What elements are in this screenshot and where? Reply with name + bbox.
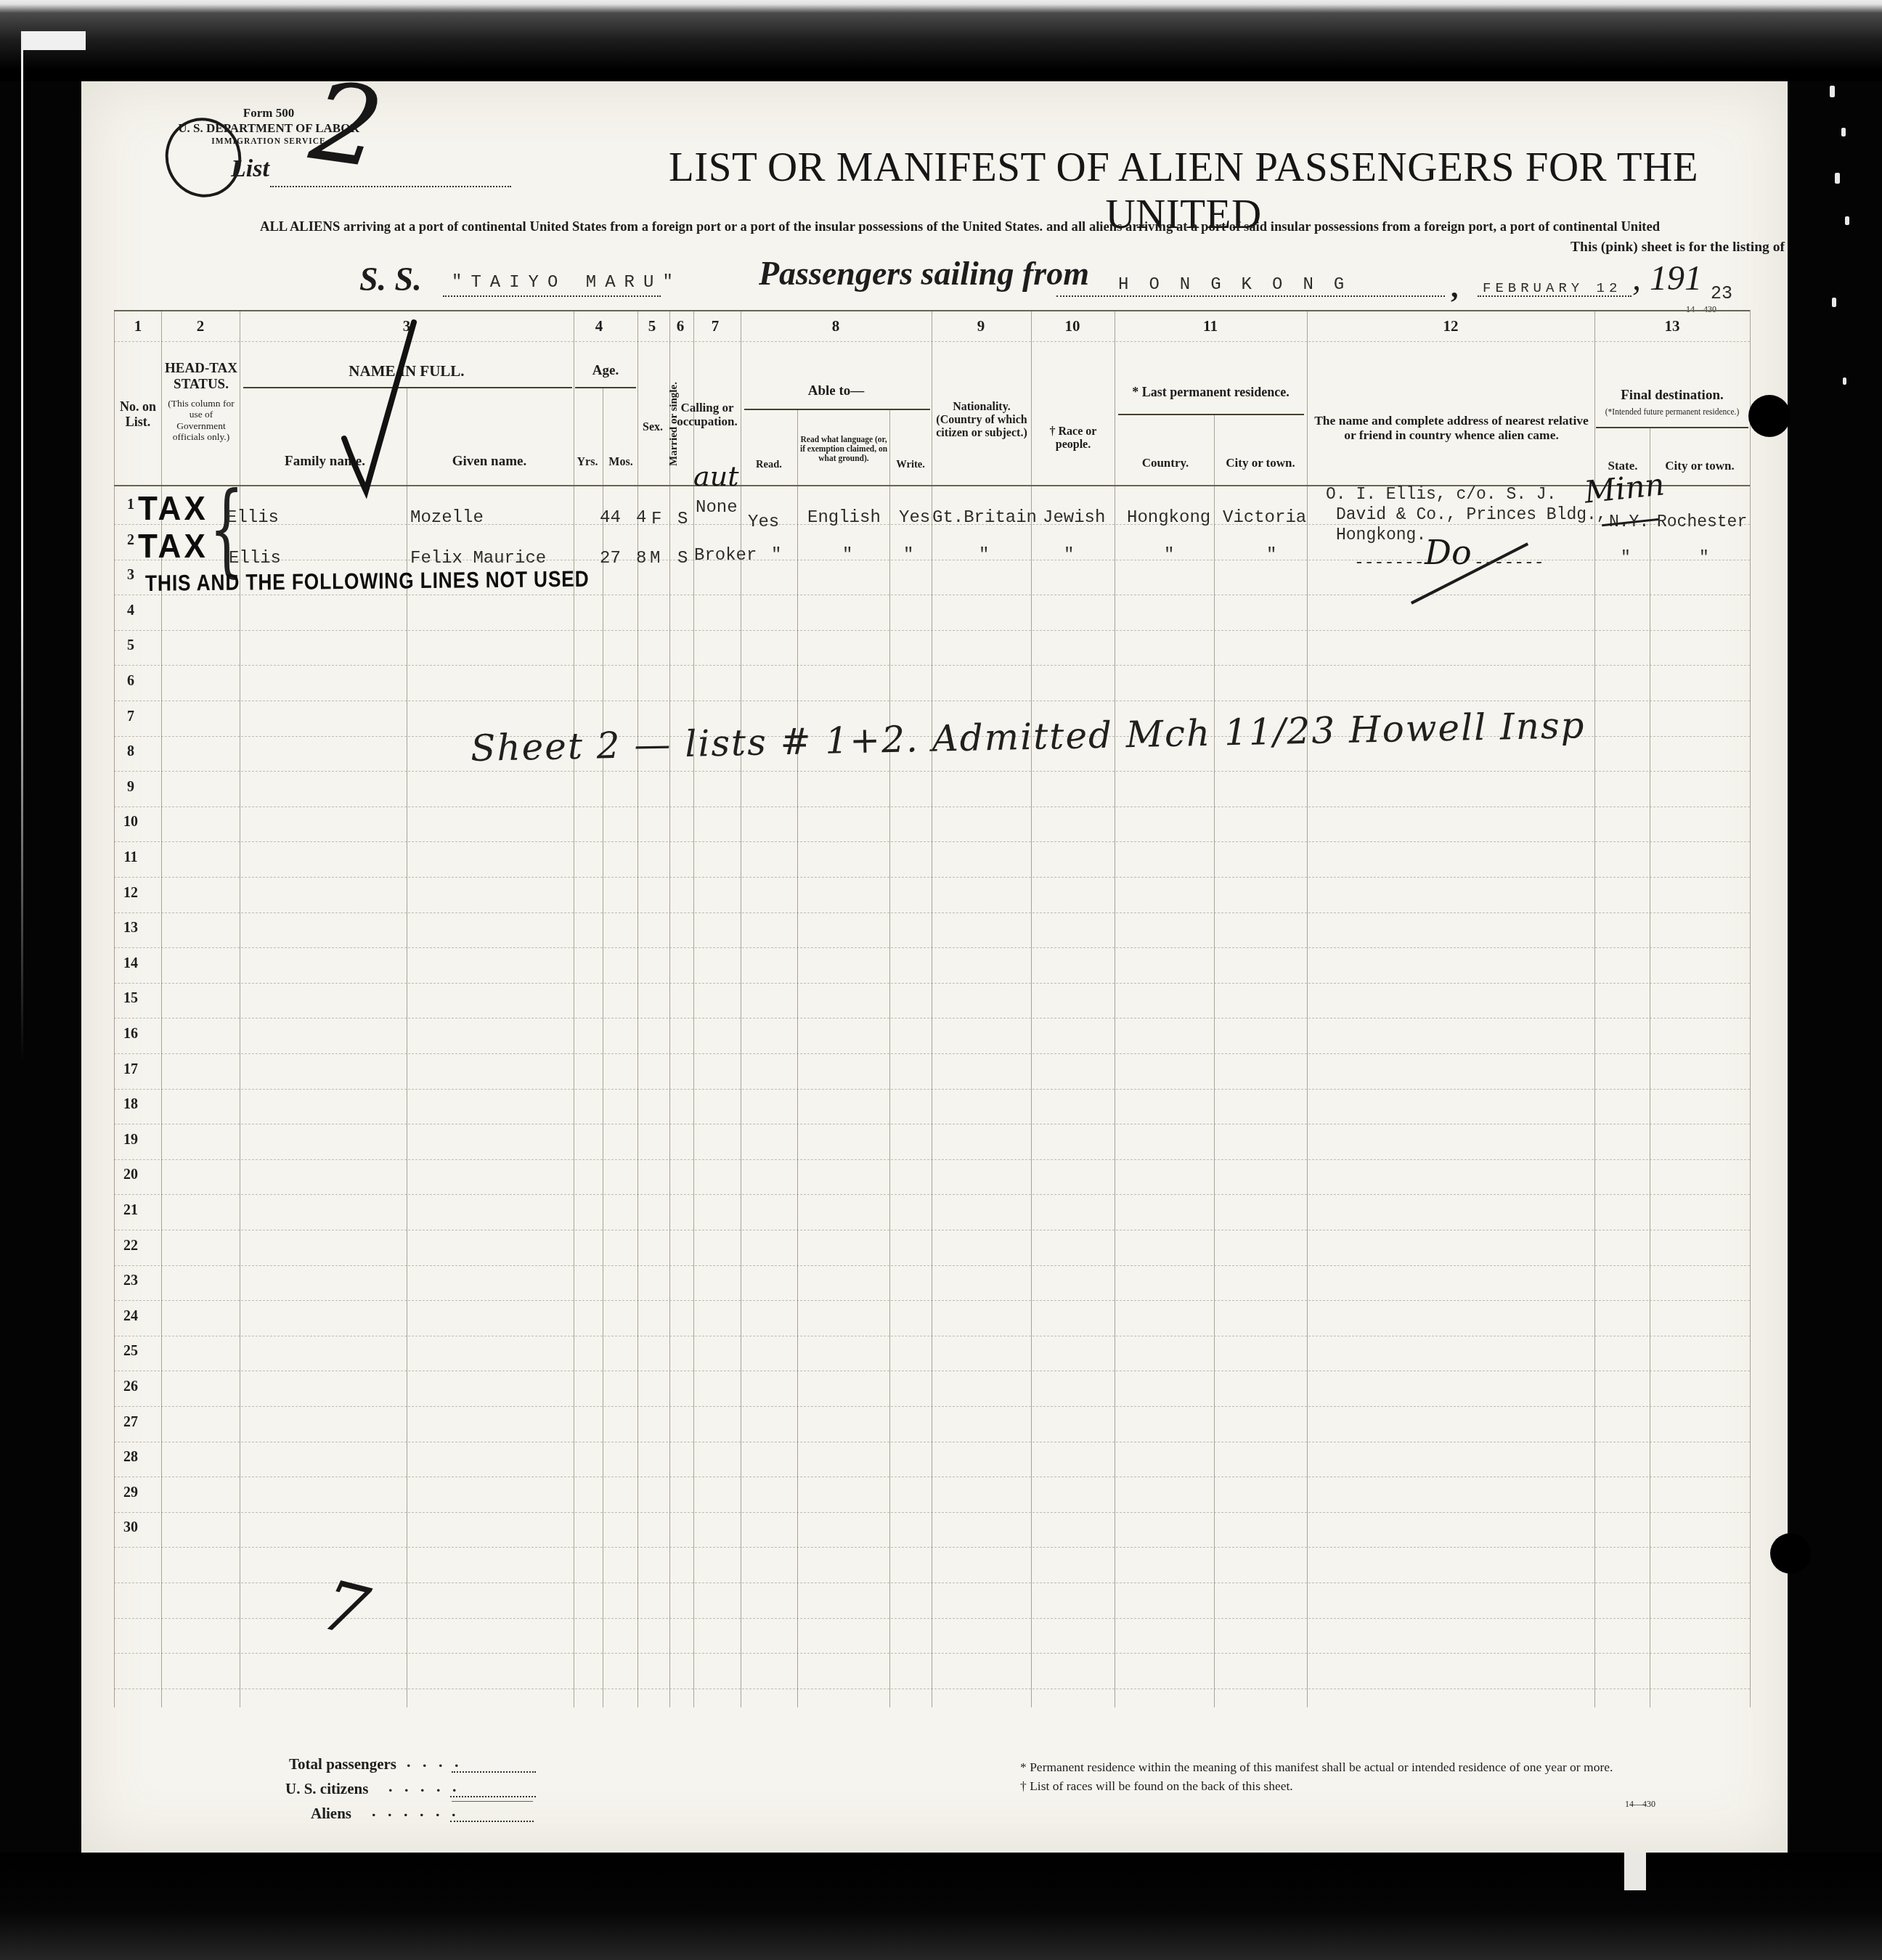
row-number: 21 xyxy=(115,1202,147,1219)
col-number-8: 8 xyxy=(814,317,858,335)
grid-row-line xyxy=(114,701,1750,701)
total-passengers-line xyxy=(452,1771,536,1773)
header-final-destination-sub: (*Intended future permanent residence.) xyxy=(1594,408,1750,417)
read-row1: Yes xyxy=(748,513,779,532)
footnote-permanent-residence: * Permanent residence within the meaning… xyxy=(1020,1760,1613,1775)
grid-row-line xyxy=(114,1477,1750,1477)
dest-city-row2: " xyxy=(1699,549,1709,568)
age-mos-row2: 8 xyxy=(636,549,646,568)
grid-row-line xyxy=(114,841,1750,842)
grid-row-line xyxy=(114,912,1750,913)
marital-row2: S xyxy=(677,549,688,568)
us-citizens-label: U. S. citizens xyxy=(285,1780,368,1798)
total-passengers-dots: . . . . xyxy=(407,1752,459,1771)
footnote-races: † List of races will be found on the bac… xyxy=(1020,1779,1293,1794)
row-number: 20 xyxy=(115,1167,147,1183)
title-subtext: ALL ALIENS arriving at a port of contine… xyxy=(260,219,1660,235)
aliens-dots: . . . . . . xyxy=(372,1802,456,1821)
read-row2: " xyxy=(771,546,781,565)
grid-row-line xyxy=(114,1336,1750,1336)
destination-subrule xyxy=(1596,427,1748,428)
sex-row2: M xyxy=(650,549,660,568)
relative-line3-row1: Hongkong. xyxy=(1336,526,1426,544)
header-relative-address: The name and complete address of nearest… xyxy=(1313,414,1590,443)
grid-row-line xyxy=(114,1371,1750,1371)
row-number: 11 xyxy=(115,849,147,866)
col-number-11: 11 xyxy=(1189,317,1232,335)
age-yrs-row1: 44 xyxy=(600,508,621,528)
grid-row-line xyxy=(114,1194,1750,1195)
grid-vertical-line xyxy=(1307,310,1308,1707)
head-tax-stamp-row2: TAX xyxy=(138,528,208,566)
grid-row-line xyxy=(114,1653,1750,1654)
grid-vertical-line xyxy=(1214,415,1215,1707)
sailing-from-label: Passengers sailing from xyxy=(759,254,1089,293)
header-head-tax-sub: (This column for use of Government offic… xyxy=(166,398,237,443)
header-write: Write. xyxy=(891,459,930,471)
grid-row-line xyxy=(114,630,1750,631)
punch-hole-bottom xyxy=(1770,1533,1811,1574)
header-head-tax: HEAD-TAX STATUS. xyxy=(163,361,240,392)
row-number: 19 xyxy=(115,1132,147,1148)
header-final-destination: Final destination. xyxy=(1594,388,1750,404)
header-calling: Calling or occupation. xyxy=(674,401,741,429)
header-dest-city: City or town. xyxy=(1651,459,1748,473)
us-citizens-dots: . . . . . xyxy=(388,1777,457,1796)
relative-line2-row1: David & Co., Princes Bldg., xyxy=(1336,505,1607,524)
grid-vertical-line xyxy=(1650,428,1650,1707)
age-mos-row1: 4 xyxy=(636,508,646,528)
film-speck xyxy=(1832,298,1836,307)
relative-dashes1-row2: ------- xyxy=(1354,553,1425,572)
header-read-language: Read what language (or, if exemption cla… xyxy=(799,436,888,464)
pink-sheet-note: This (pink) sheet is for the listing of xyxy=(1488,240,1785,256)
sex-row1: F xyxy=(651,510,661,529)
ship-name-value: "TAIYO MARU" xyxy=(452,273,682,293)
grid-row-line xyxy=(114,665,1750,666)
given-name-row2: Felix Maurice xyxy=(410,549,546,568)
grid-row-line xyxy=(114,595,1750,595)
grid-row-line xyxy=(114,1124,1750,1124)
header-read: Read. xyxy=(742,459,796,471)
row-number: 13 xyxy=(115,920,147,936)
grid-vertical-line xyxy=(603,388,603,1707)
handwritten-calling-note: aut xyxy=(693,460,738,492)
language-row2: " xyxy=(842,546,852,565)
grid-row-line xyxy=(114,1442,1750,1442)
row-number: 14 xyxy=(115,955,147,972)
marital-row1: S xyxy=(677,510,688,529)
grid-vertical-line xyxy=(1750,310,1751,1707)
film-speck xyxy=(1845,216,1849,225)
punch-hole-top xyxy=(1748,395,1791,437)
col-number-7: 7 xyxy=(693,317,737,335)
age-subrule xyxy=(575,387,636,388)
grid-row-line xyxy=(114,1230,1750,1230)
residence-country-row2: " xyxy=(1164,546,1174,565)
age-yrs-row2: 27 xyxy=(600,549,621,568)
year-printed: , 191 xyxy=(1632,258,1702,298)
microfilm-frame: Form 500 U. S. DEPARTMENT OF LABOR IMMIG… xyxy=(0,0,1882,1960)
nationality-row1: Gt.Britain xyxy=(932,508,1037,528)
row-number: 6 xyxy=(115,673,147,690)
film-speck xyxy=(1841,128,1846,136)
row-number: 23 xyxy=(115,1273,147,1289)
film-left-band xyxy=(0,0,81,1960)
col-number-12: 12 xyxy=(1429,317,1472,335)
grid-row-line xyxy=(114,807,1750,807)
row-number: 18 xyxy=(115,1096,147,1113)
language-row1: English xyxy=(807,508,881,528)
grid-row-line xyxy=(114,1406,1750,1407)
col-number-13: 13 xyxy=(1650,317,1694,335)
header-age: Age. xyxy=(574,363,637,379)
film-edge-line xyxy=(21,31,23,1062)
header-nationality: Nationality. (Country of which citizen o… xyxy=(934,401,1030,441)
row-number: 9 xyxy=(115,779,147,796)
dest-city-row1: Rochester xyxy=(1657,513,1747,531)
row-number: 7 xyxy=(115,709,147,725)
grid-row-line xyxy=(114,1300,1750,1301)
residence-city-row2: " xyxy=(1266,546,1276,565)
family-name-row2: Ellis xyxy=(229,549,281,568)
header-given-name: Given name. xyxy=(407,454,572,470)
film-speck xyxy=(1830,86,1835,97)
col-number-2: 2 xyxy=(179,317,222,335)
header-able-to: Able to— xyxy=(741,383,932,399)
ableto-subrule xyxy=(744,409,930,410)
total-passengers-label: Total passengers xyxy=(289,1755,396,1773)
row-number: 3 xyxy=(115,567,147,584)
residence-city-row1: Victoria xyxy=(1223,508,1306,528)
film-right-band xyxy=(1788,0,1882,1960)
header-no-on-list: No. on List. xyxy=(118,399,158,429)
header-sex: Sex. xyxy=(636,421,669,434)
race-row1: Jewish xyxy=(1043,508,1105,528)
film-bottom-white-strip xyxy=(1624,1853,1646,1890)
header-mos: Mos. xyxy=(604,456,637,469)
header-last-permanent-residence: * Last permanent residence. xyxy=(1115,385,1307,400)
film-speck xyxy=(1835,173,1840,184)
list-label: List xyxy=(231,155,269,183)
ship-name-line xyxy=(443,295,661,297)
given-name-row1: Mozelle xyxy=(410,508,484,528)
col-number-4: 4 xyxy=(577,317,621,335)
race-row2: " xyxy=(1064,546,1074,565)
row-number: 25 xyxy=(115,1343,147,1360)
header-residence-city: City or town. xyxy=(1215,456,1305,470)
film-edge-notch xyxy=(22,31,86,50)
row-number: 15 xyxy=(115,990,147,1007)
row-number: 22 xyxy=(115,1238,147,1254)
aliens-label: Aliens xyxy=(311,1805,351,1823)
row-number: 30 xyxy=(115,1519,147,1536)
grid-vertical-line xyxy=(741,310,741,1707)
row-number: 10 xyxy=(115,814,147,830)
dest-state-row2: " xyxy=(1621,549,1631,568)
grid-row-line xyxy=(114,1265,1750,1266)
row-number: 28 xyxy=(115,1449,147,1466)
header-race: † Race or people. xyxy=(1032,425,1114,452)
row-number: 4 xyxy=(115,603,147,619)
col-number-10: 10 xyxy=(1051,317,1094,335)
col-number-1: 1 xyxy=(116,317,160,335)
row-number: 26 xyxy=(115,1379,147,1395)
calling-row1: None xyxy=(696,498,738,518)
aliens-line xyxy=(450,1821,534,1822)
row-number: 12 xyxy=(115,885,147,902)
relative-line1-row1: O. I. Ellis, c/o. S. J. xyxy=(1326,485,1556,504)
write-row2: " xyxy=(903,546,913,565)
us-citizens-line xyxy=(450,1796,536,1797)
film-top-band xyxy=(0,0,1882,81)
grid-row-line xyxy=(114,877,1750,878)
grid-vertical-line xyxy=(693,310,694,1707)
grid-row-line xyxy=(114,1689,1750,1689)
grid-row-line xyxy=(114,1512,1750,1513)
grid-vertical-line xyxy=(1115,310,1115,1707)
grid-vertical-line xyxy=(889,410,890,1707)
handwritten-ditto-note: Do xyxy=(1425,533,1472,572)
row-number: 16 xyxy=(115,1026,147,1042)
grid-row-line xyxy=(114,1159,1750,1160)
grid-row-line xyxy=(114,947,1750,948)
year-typed: 23 xyxy=(1711,283,1732,304)
list-number-line xyxy=(270,186,511,187)
residence-country-row1: Hongkong xyxy=(1127,508,1210,528)
row-number: 17 xyxy=(115,1061,147,1078)
grid-row-line xyxy=(114,1018,1750,1018)
row-number: 8 xyxy=(115,743,147,760)
form-code-bottom: 14—430 xyxy=(1625,1799,1655,1810)
grid-vertical-line xyxy=(574,310,574,1707)
grid-row-line xyxy=(114,1089,1750,1090)
film-bottom-band xyxy=(0,1853,1882,1960)
port-line xyxy=(1056,295,1445,297)
grid-vertical-line xyxy=(669,310,670,1707)
port-comma: , xyxy=(1451,270,1459,305)
row-number: 29 xyxy=(115,1485,147,1501)
row-number: 27 xyxy=(115,1414,147,1431)
residence-subrule xyxy=(1118,414,1304,415)
grid-vertical-line xyxy=(797,410,798,1707)
col-number-9: 9 xyxy=(959,317,1003,335)
header-residence-country: Country. xyxy=(1118,456,1213,470)
header-yrs: Yrs. xyxy=(571,456,604,469)
row-number: 24 xyxy=(115,1308,147,1325)
film-speck xyxy=(1843,377,1846,385)
row-number: 5 xyxy=(115,637,147,654)
handwritten-checkmark xyxy=(340,314,420,502)
ss-label: S. S. xyxy=(359,260,422,298)
us-citizens-line2 xyxy=(452,1801,533,1802)
nationality-row2: " xyxy=(979,546,989,565)
calling-row2: Broker xyxy=(694,546,757,565)
grid-row-line xyxy=(114,983,1750,984)
sailing-date-value: FEBRUARY 12 xyxy=(1483,280,1621,296)
grid-row-line xyxy=(114,1053,1750,1054)
relative-dashes2-row2: ------- xyxy=(1474,553,1544,572)
family-name-row1: Ellis xyxy=(227,508,279,528)
port-value: HONGKONG xyxy=(1118,275,1364,295)
write-row1: Yes xyxy=(899,508,930,528)
grid-row-line xyxy=(114,771,1750,772)
lines-not-used-stamp: THIS AND THE FOLLOWING LINES NOT USED xyxy=(145,566,590,597)
grid-row-line xyxy=(114,1547,1750,1548)
head-tax-stamp-row1: TAX xyxy=(138,490,208,528)
